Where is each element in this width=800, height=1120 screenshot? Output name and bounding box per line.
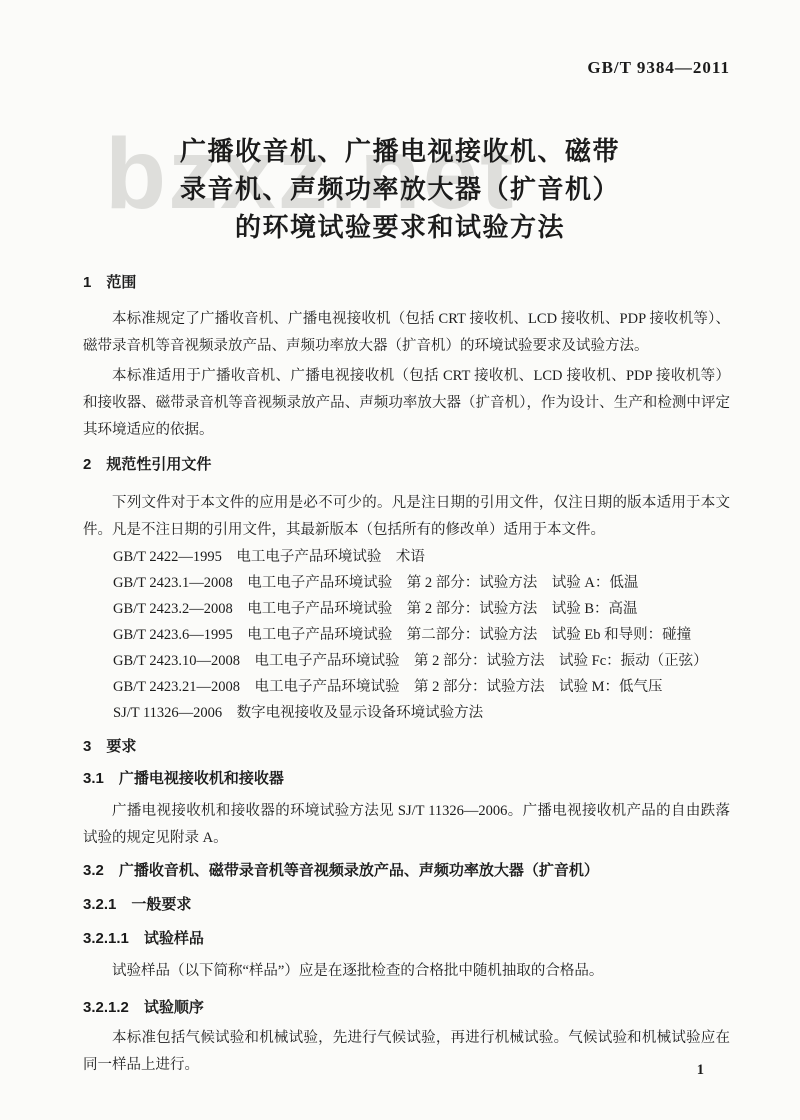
standard-number: GB/T 9384—2011 xyxy=(0,0,800,78)
section-3-2-1-1-heading: 3.2.1.1 试验样品 xyxy=(83,930,730,948)
section-1-heading: 1 范围 xyxy=(83,274,730,292)
section-3-2-1-2-paragraph-1: 本标准包括气候试验和机械试验，先进行气候试验，再进行机械试验。气候试验和机械试验… xyxy=(83,1025,730,1079)
section-3-2-1-2-heading: 3.2.1.2 试验顺序 xyxy=(83,999,730,1017)
document-page: bzxz.net GB/T 9384—2011 广播收音机、广播电视接收机、磁带… xyxy=(0,0,800,1120)
section-2-paragraph-1: 下列文件对于本文件的应用是必不可少的。凡是注日期的引用文件，仅注日期的版本适用于… xyxy=(83,490,730,544)
document-title: 广播收音机、广播电视接收机、磁带 录音机、声频功率放大器（扩音机） 的环境试验要… xyxy=(0,132,800,246)
page-number: 1 xyxy=(697,1062,704,1079)
reference-item: GB/T 2423.21—2008 电工电子产品环境试验 第 2 部分：试验方法… xyxy=(113,674,730,700)
section-3-1-heading: 3.1 广播电视接收机和接收器 xyxy=(83,770,730,788)
title-line-3: 的环境试验要求和试验方法 xyxy=(0,208,800,246)
reference-item: GB/T 2423.1—2008 电工电子产品环境试验 第 2 部分：试验方法 … xyxy=(113,570,730,596)
section-3-2-1-heading: 3.2.1 一般要求 xyxy=(83,896,730,914)
title-line-2: 录音机、声频功率放大器（扩音机） xyxy=(0,170,800,208)
reference-item: GB/T 2422—1995 电工电子产品环境试验 术语 xyxy=(113,544,730,570)
reference-list: GB/T 2422—1995 电工电子产品环境试验 术语 GB/T 2423.1… xyxy=(113,544,730,726)
section-3-heading: 3 要求 xyxy=(83,738,730,756)
section-1-paragraph-1: 本标准规定了广播收音机、广播电视接收机（包括 CRT 接收机、LCD 接收机、P… xyxy=(83,306,730,360)
reference-item: SJ/T 11326—2006 数字电视接收及显示设备环境试验方法 xyxy=(113,700,730,726)
section-1-paragraph-2: 本标准适用于广播收音机、广播电视接收机（包括 CRT 接收机、LCD 接收机、P… xyxy=(83,363,730,444)
reference-item: GB/T 2423.10—2008 电工电子产品环境试验 第 2 部分：试验方法… xyxy=(113,648,730,674)
document-body: 1 范围 本标准规定了广播收音机、广播电视接收机（包括 CRT 接收机、LCD … xyxy=(0,274,800,1079)
reference-item: GB/T 2423.6—1995 电工电子产品环境试验 第二部分：试验方法 试验… xyxy=(113,622,730,648)
title-line-1: 广播收音机、广播电视接收机、磁带 xyxy=(0,132,800,170)
section-3-2-heading: 3.2 广播收音机、磁带录音机等音视频录放产品、声频功率放大器（扩音机） xyxy=(83,862,730,880)
section-3-2-1-1-paragraph-1: 试验样品（以下简称“样品”）应是在逐批检查的合格批中随机抽取的合格品。 xyxy=(83,958,730,985)
section-2-heading: 2 规范性引用文件 xyxy=(83,456,730,474)
section-3-1-paragraph-1: 广播电视接收机和接收器的环境试验方法见 SJ/T 11326—2006。广播电视… xyxy=(83,798,730,852)
reference-item: GB/T 2423.2—2008 电工电子产品环境试验 第 2 部分：试验方法 … xyxy=(113,596,730,622)
